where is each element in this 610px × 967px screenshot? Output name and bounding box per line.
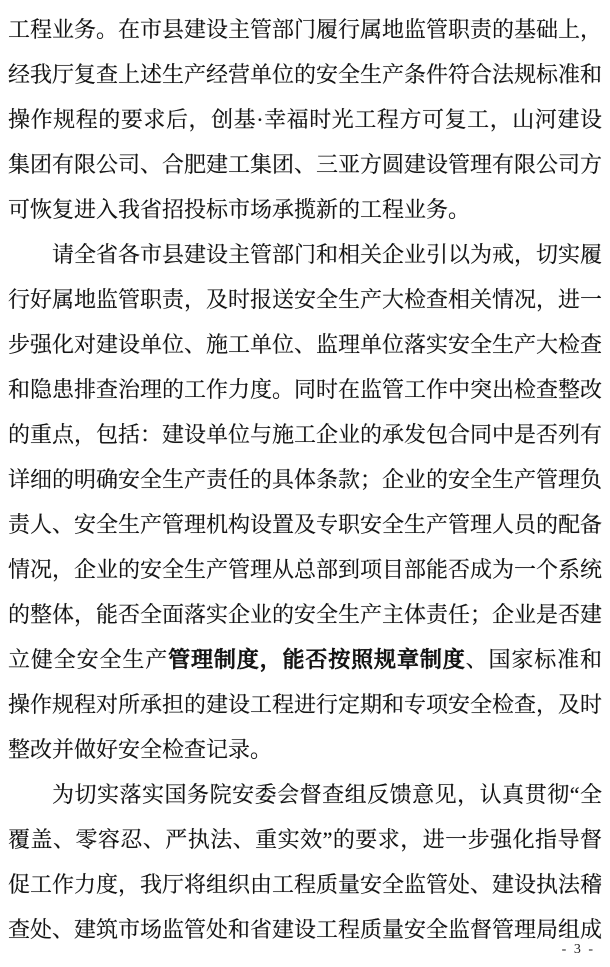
page-number: - 3 - bbox=[562, 942, 595, 958]
document-page: 工程业务。在市县建设主管部门履行属地监管职责的基础上，经我厅复查上述生产经营单位… bbox=[0, 0, 610, 967]
text-segment: 为切实落实国务院安委会督查组反馈意见，认真贯彻“全覆盖、零容忍、严执法、重实效”… bbox=[8, 782, 602, 942]
paragraph: 请全省各市县建设主管部门和相关企业引以为戒，切实履行好属地监管职责，及时报送安全… bbox=[8, 232, 602, 772]
document-body: 工程业务。在市县建设主管部门履行属地监管职责的基础上，经我厅复查上述生产经营单位… bbox=[0, 0, 610, 952]
paragraph: 为切实落实国务院安委会督查组反馈意见，认真贯彻“全覆盖、零容忍、严执法、重实效”… bbox=[8, 772, 602, 952]
paragraph: 工程业务。在市县建设主管部门履行属地监管职责的基础上，经我厅复查上述生产经营单位… bbox=[8, 7, 602, 232]
text-segment: 请全省各市县建设主管部门和相关企业引以为戒，切实履行好属地监管职责，及时报送安全… bbox=[8, 242, 602, 672]
bold-text-segment: 管理制度，能否按照规章制度 bbox=[168, 647, 465, 672]
text-segment: 工程业务。在市县建设主管部门履行属地监管职责的基础上，经我厅复查上述生产经营单位… bbox=[8, 17, 602, 222]
